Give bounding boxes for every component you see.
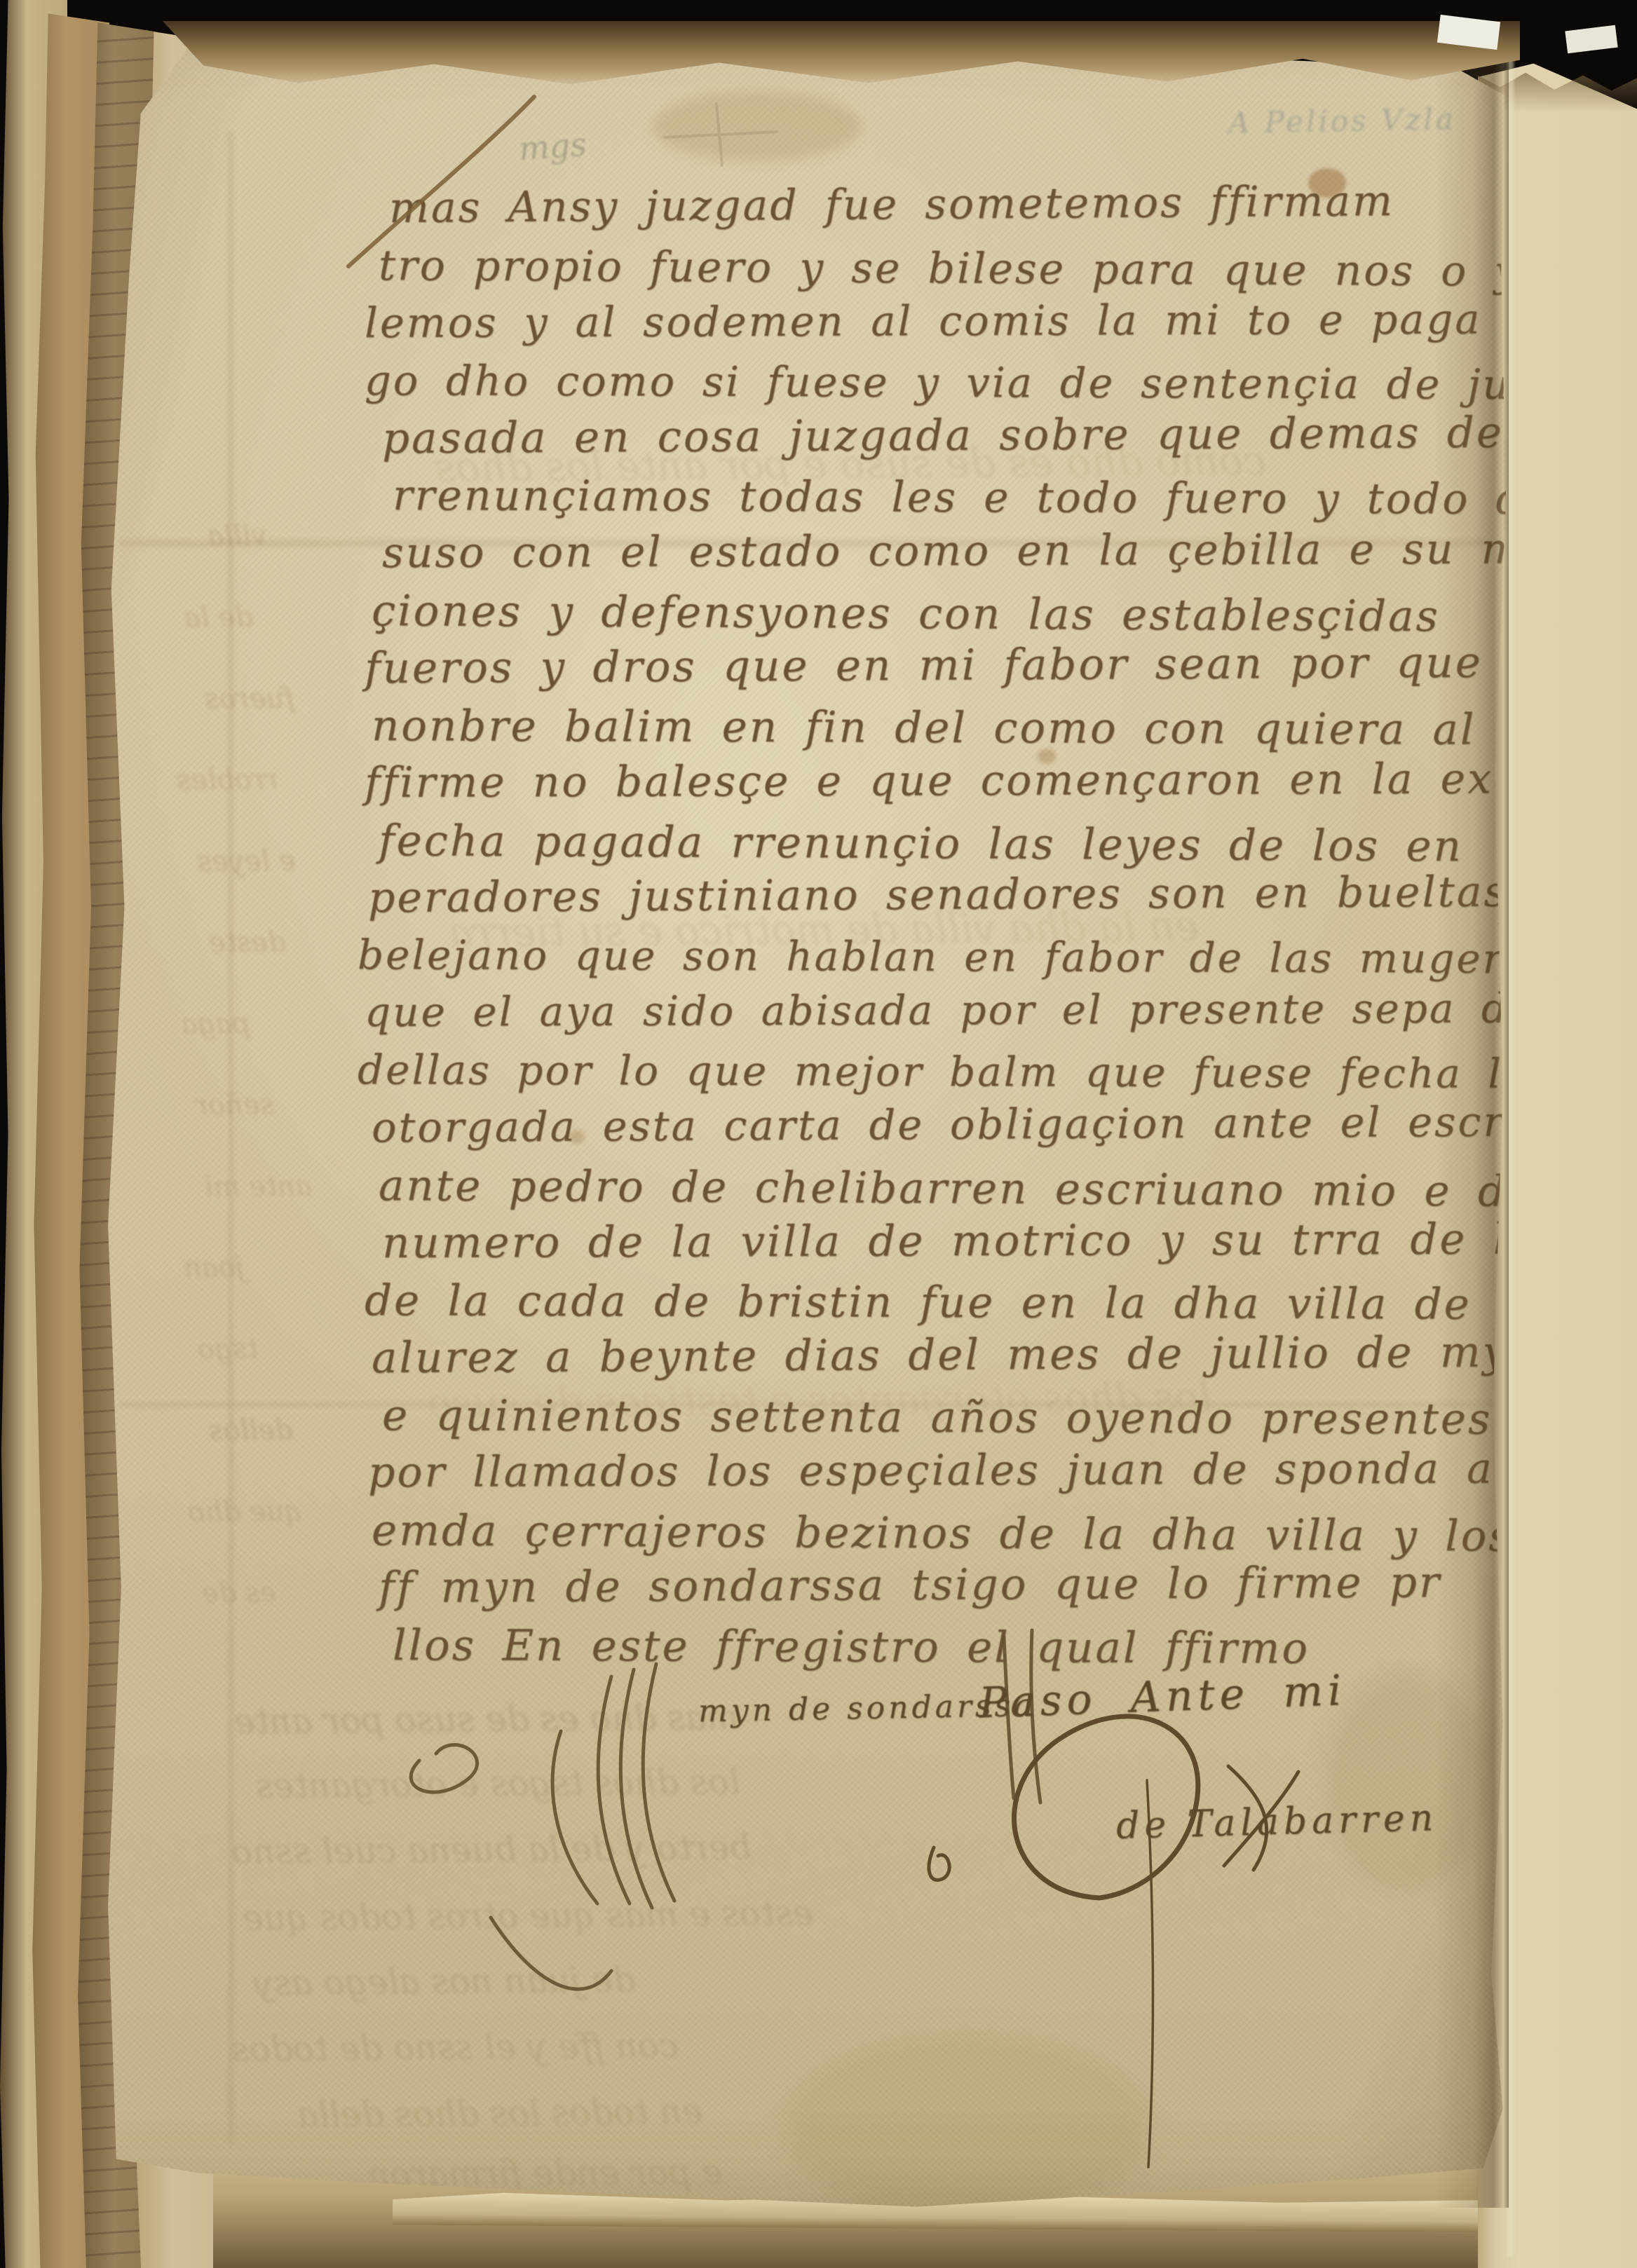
bleedthrough-line: en la dha villa de motrico e su tierra xyxy=(449,902,1200,956)
foxing-spot xyxy=(1038,749,1056,764)
ink-smudge-stain xyxy=(652,91,862,161)
bleedthrough-line: como dho es de suso e por ante los dhos xyxy=(435,437,1267,491)
bleedthrough-line: rrobles xyxy=(177,763,278,796)
manuscript-line: ffirme no balesçe e que començaron en la… xyxy=(365,754,1521,807)
witness-rubric-flourish xyxy=(411,1630,1040,1989)
bleedthrough-line: tsgo xyxy=(198,1333,259,1366)
manuscript-line: mas Ansy juzgad fue sometemos ffirmam xyxy=(389,177,1394,233)
bleedthrough-line: berto y de la buena cuel ssno xyxy=(231,1827,752,1872)
pencil-archival-note: mgs xyxy=(517,125,587,168)
manuscript-line: nonbre balim en fin del como con quiera … xyxy=(372,701,1476,754)
bleedthrough-line: dellos xyxy=(209,1414,293,1447)
bleedthrough-line: es de xyxy=(202,1577,277,1610)
manuscript-line: çiones y defensyones con las establesçid… xyxy=(372,586,1440,641)
bleedthrough-line: villa xyxy=(208,520,267,553)
bleedthrough-line: estos e mas que otros todos que xyxy=(243,1892,814,1938)
notary-name-signature: de Talabarren xyxy=(1115,1797,1439,1847)
bleedthrough-line: los dhos tsgos e otorgantes xyxy=(255,1761,740,1806)
manuscript-line: alurez a beynte dias del mes de jullio d… xyxy=(372,1327,1541,1383)
bleedthrough-line: fueros xyxy=(205,682,294,715)
bleedthrough-line: que dho xyxy=(188,1495,303,1528)
bleedthrough-line: e leyes xyxy=(198,845,296,877)
manuscript-photo: villade lafuerosrroblese leyesdestepagas… xyxy=(0,0,1637,2268)
notary-rubric-flourish xyxy=(929,1716,1298,2167)
cross-mark xyxy=(665,104,777,165)
bleedthrough-heading: A Pelios Vzla xyxy=(1228,102,1457,140)
manuscript-line: emda çerrajeros bezinos de la dha villa … xyxy=(372,1505,1513,1562)
manuscript-line: tro propio fuero y se bilese para que no… xyxy=(379,241,1579,296)
notary-formula-signature: Paso Ante mi xyxy=(978,1666,1347,1728)
bleedthrough-text-layer: villade lafuerosrroblese leyesdestepagas… xyxy=(0,0,1637,2268)
manuscript-line: numero de la villa de motrico y su trra … xyxy=(382,1214,1617,1268)
manuscript-line: llos En este ffregistro el qual ffirmo xyxy=(393,1620,1310,1674)
manuscript-line: peradores justiniano senadores son en bu… xyxy=(368,867,1566,922)
manuscript-page: villade lafuerosrroblese leyesdestepagas… xyxy=(0,0,1637,2268)
vertical-fold-crease xyxy=(229,133,233,2145)
bleedthrough-line: joan xyxy=(184,1252,244,1285)
manuscript-line: ante pedro de chelibarren escriuano mio … xyxy=(379,1161,1551,1217)
manuscript-line: pasada en cosa juzgada sobre que demas d… xyxy=(382,407,1563,463)
manuscript-line: de la cada de bristin fue en la dha vill… xyxy=(365,1276,1574,1330)
bleedthrough-line: ante mi xyxy=(205,1170,312,1203)
manuscript-line: por llamados los espeçiales juan de spon… xyxy=(368,1444,1598,1497)
bleedthrough-line: deste xyxy=(209,927,286,959)
bleedthrough-line: señor xyxy=(195,1089,275,1122)
diagonal-pen-stroke xyxy=(348,97,534,266)
bleedthrough-line: en todos los dhos della xyxy=(297,2091,703,2135)
paper-stain xyxy=(785,2033,1150,2222)
manuscript-text-layer: mas Ansy juzgad fue sometemos ffirmamtro… xyxy=(0,0,1637,2268)
bleedthrough-line: de la xyxy=(184,601,253,634)
bleedthrough-line: paga xyxy=(181,1008,250,1041)
manuscript-line: e quinientos settenta años oyendo presen… xyxy=(382,1391,1493,1444)
manuscript-line: fueros y dros que en mi fabor sean por q… xyxy=(365,638,1483,693)
horizontal-fold-crease xyxy=(119,540,1493,547)
page-curl-shadow xyxy=(1434,42,1509,2208)
bleedthrough-line: los dhos otorgantes e testigos de suso xyxy=(428,1373,1213,1428)
foxing-spot xyxy=(569,1130,585,1144)
manuscript-line: ff myn de sondarssa tsigo que lo firme p… xyxy=(379,1557,1441,1613)
bleedthrough-line: con ffe y el ssno de todos xyxy=(231,2025,679,2070)
ink-flourish-overlay xyxy=(0,0,1637,2268)
manuscript-line: fecha pagada rrenunçio las leyes de los … xyxy=(379,816,1463,871)
paper-sliver xyxy=(1565,25,1617,54)
bleedthrough-line: mas dho es de suso por ante xyxy=(234,1697,740,1742)
rust-fleck-stain xyxy=(1308,168,1346,198)
horizontal-fold-crease xyxy=(119,1402,1493,1407)
bleedthrough-line: de juan nos alego asy xyxy=(254,1960,636,2004)
witness-signature: myn de sondarssa xyxy=(698,1688,1036,1729)
